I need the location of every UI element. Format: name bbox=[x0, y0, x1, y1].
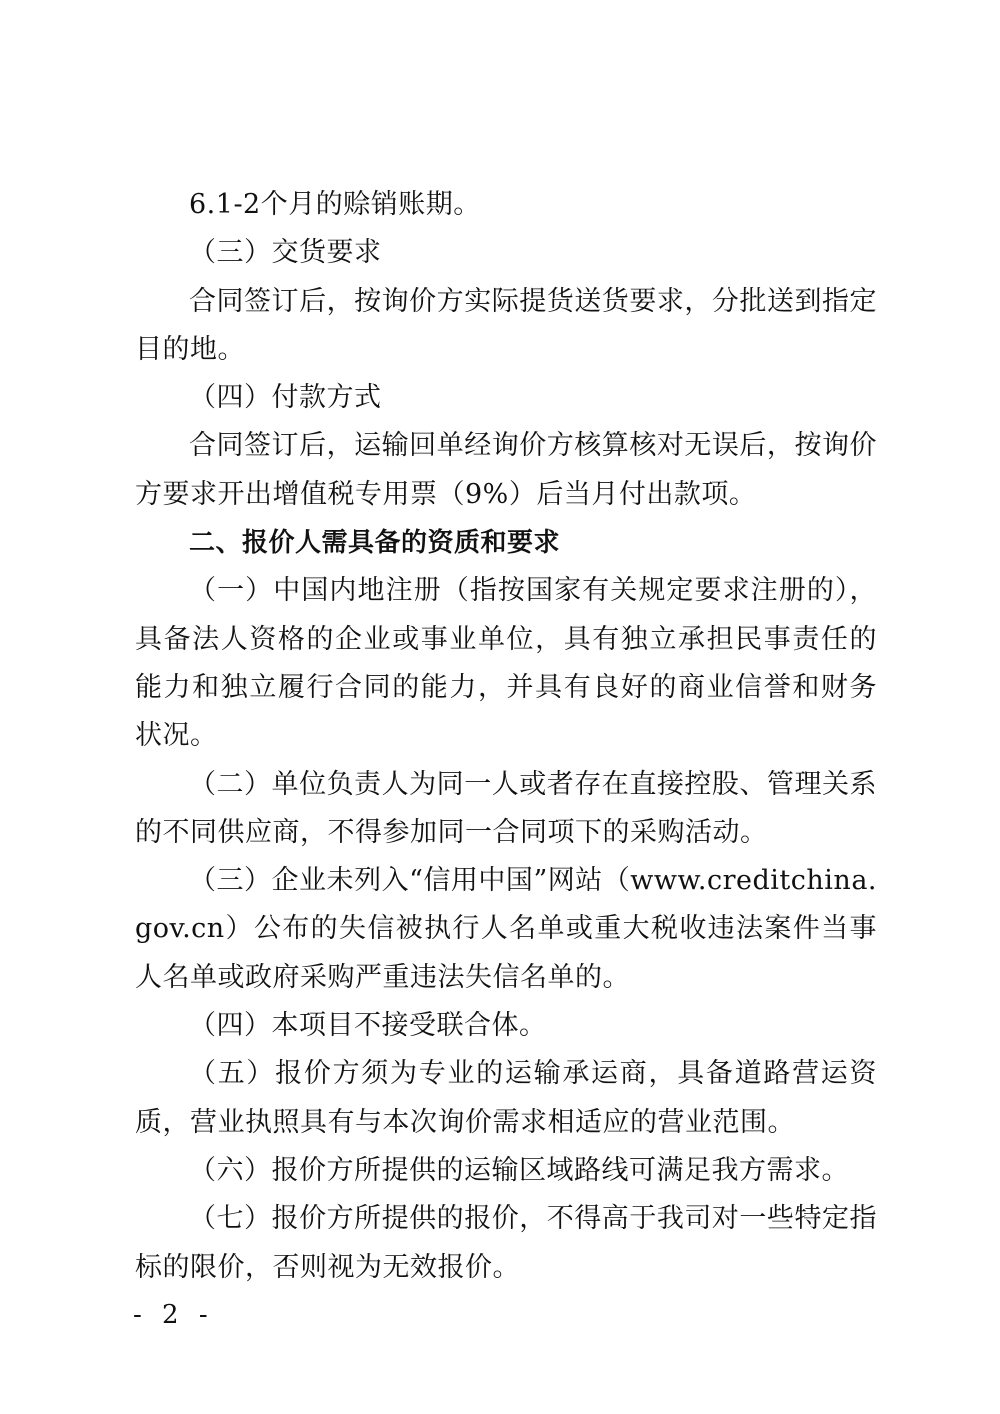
qualification-item-4: （四）本项目不接受联合体。 bbox=[135, 1002, 877, 1050]
payment-term-item: 6.1-2个月的赊销账期。 bbox=[135, 181, 877, 229]
payment-method-heading: （四）付款方式 bbox=[135, 374, 877, 422]
qualifications-section-heading: 二、报价人需具备的资质和要求 bbox=[135, 519, 877, 567]
delivery-requirements-text: 合同签订后，按询价方实际提货送货要求，分批送到指定目的地。 bbox=[135, 278, 877, 375]
qualification-item-6: （六）报价方所提供的运输区域路线可满足我方需求。 bbox=[135, 1147, 877, 1195]
qualification-item-3: （三）企业未列入“信用中国”网站（www.creditchina.gov.cn）… bbox=[135, 857, 877, 1002]
page-number: - 2 - bbox=[133, 1300, 214, 1330]
qualification-item-1: （一）中国内地注册（指按国家有关规定要求注册的），具备法人资格的企业或事业单位，… bbox=[135, 567, 877, 760]
delivery-requirements-heading: （三）交货要求 bbox=[135, 229, 877, 277]
document-page: 6.1-2个月的赊销账期。 （三）交货要求 合同签订后，按询价方实际提货送货要求… bbox=[135, 181, 877, 1292]
qualification-item-2: （二）单位负责人为同一人或者存在直接控股、管理关系的不同供应商，不得参加同一合同… bbox=[135, 761, 877, 858]
qualification-item-5: （五）报价方须为专业的运输承运商，具备道路营运资质，营业执照具有与本次询价需求相… bbox=[135, 1050, 877, 1147]
payment-method-text: 合同签订后，运输回单经询价方核算核对无误后，按询价方要求开出增值税专用票（9%）… bbox=[135, 422, 877, 519]
qualification-item-7: （七）报价方所提供的报价，不得高于我司对一些特定指标的限价，否则视为无效报价。 bbox=[135, 1195, 877, 1292]
